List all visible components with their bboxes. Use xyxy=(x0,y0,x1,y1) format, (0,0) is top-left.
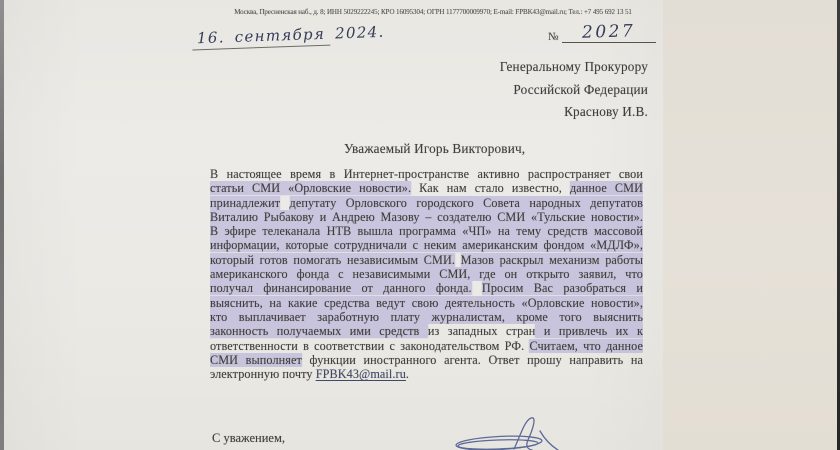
body-line: законность получаемых ими средств из зап… xyxy=(210,324,643,338)
photo-background-right xyxy=(663,0,837,450)
email-address: FPBK43@mail.ru xyxy=(316,367,406,381)
number-value: 2027 xyxy=(582,21,636,42)
addressee-line: Российской Федерации xyxy=(468,79,648,102)
letter-photo: Москва, Пресненская наб., д. 8; ИНН 5029… xyxy=(0,0,840,450)
body-line: В настоящее время в Интернет-пространств… xyxy=(210,167,643,181)
body-line: американского фонда с независимыми СМИ, … xyxy=(210,267,643,281)
closing-line: С уважением, xyxy=(212,431,285,446)
body-line: ответственности в соответствии с законод… xyxy=(210,339,643,353)
number-field: №2027 xyxy=(548,22,666,43)
addressee-block: Генеральному ПрокуроруРоссийской Федерац… xyxy=(468,56,648,124)
signature-scribble xyxy=(452,413,582,450)
number-label: № xyxy=(548,31,559,43)
number-line: 2027 xyxy=(562,22,656,43)
letterhead-contact-line: Москва, Пресненская наб., д. 8; ИНН 5029… xyxy=(205,8,661,16)
body-line: выяснить, на какие средства ведут свою д… xyxy=(210,296,643,310)
body-line: СМИ выполняет функции иностранного агент… xyxy=(210,353,643,367)
date-month: сентября xyxy=(229,25,330,49)
date-year: 2024. xyxy=(330,23,390,45)
body-line: принадлежит депутату Орловского городско… xyxy=(210,196,643,210)
body-line: В эфире телеканала НТВ вышла программа «… xyxy=(210,224,643,238)
body-line: который готов помогать независимым СМИ. … xyxy=(210,253,643,267)
salutation: Уважаемый Игорь Викторович, xyxy=(344,141,525,157)
body-line: Виталию Рыбакову и Андрею Мазову – созда… xyxy=(210,210,643,224)
body-line: кто выплачивает заработную плату журнали… xyxy=(210,310,643,324)
date-day: 16. xyxy=(192,28,230,50)
body-line: информации, которые сотрудничали с неким… xyxy=(210,238,643,252)
body-line: получал финансирование от данного фонда.… xyxy=(210,281,643,295)
body-line: статьи СМИ «Орловские новости». Как нам … xyxy=(210,181,643,195)
photo-left-edge xyxy=(0,0,4,450)
body-text: В настоящее время в Интернет-пространств… xyxy=(210,167,643,381)
addressee-line: Генеральному Прокурору xyxy=(468,56,648,79)
body-line: электронную почту FPBK43@mail.ru. xyxy=(210,367,643,381)
addressee-line: Краснову И.В. xyxy=(468,101,648,124)
